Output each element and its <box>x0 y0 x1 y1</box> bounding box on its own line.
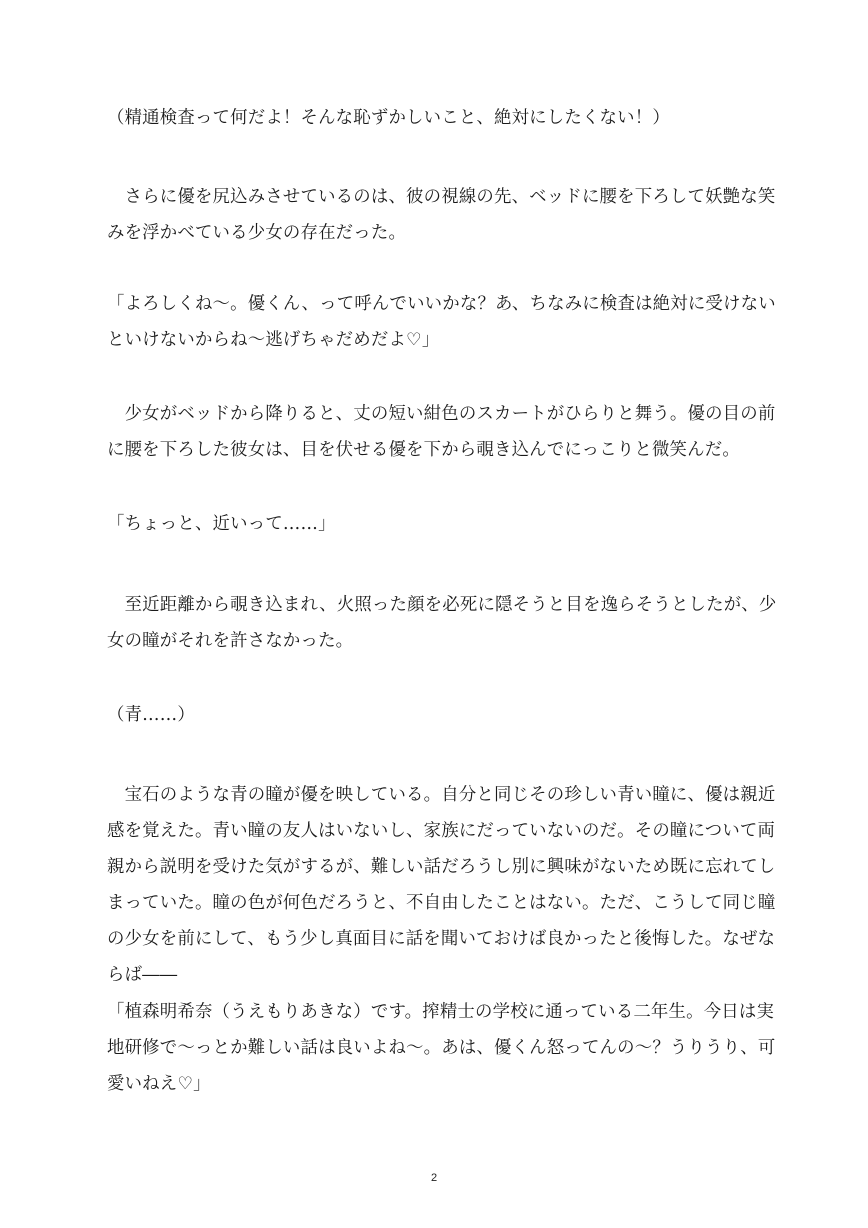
paragraph-5-line-1: 「ちょっと、近いって……」 <box>107 513 772 535</box>
paragraph-9-line-1: 「植森明希奈（うえもりあきな）です。搾精士の学校に通っている二年生。今日は実 <box>107 1001 772 1023</box>
paragraph-6-line-2: 女の瞳がそれを許さなかった。 <box>107 630 772 652</box>
paragraph-9-line-2: 地研修で～っとか難しい話は良いよね～。あは、優くん怒ってんの～？うりうり、可 <box>107 1037 772 1059</box>
paragraph-2-line-1: さらに優を尻込みさせているのは、彼の視線の先、ベッドに腰を下ろして妖艶な笑 <box>107 186 772 208</box>
paragraph-4-line-2: に腰を下ろした彼女は、目を伏せる優を下から覗き込んでにっこりと微笑んだ。 <box>107 439 772 461</box>
paragraph-7-line-1: （青……） <box>107 704 772 726</box>
page-number: 2 <box>0 1172 868 1184</box>
paragraph-8-line-2: 感を覚えた。青い瞳の友人はいないし、家族にだっていないのだ。その瞳について両 <box>107 820 772 842</box>
paragraph-8-line-4: まっていた。瞳の色が何色だろうと、不自由したことはない。ただ、こうして同じ瞳 <box>107 892 772 914</box>
paragraph-8-line-6: らば―― <box>107 964 772 986</box>
paragraph-4-line-1: 少女がベッドから降りると、丈の短い紺色のスカートがひらりと舞う。優の目の前 <box>107 403 772 425</box>
paragraph-8-line-1: 宝石のような青の瞳が優を映している。自分と同じその珍しい青い瞳に、優は親近 <box>107 784 772 806</box>
paragraph-6-line-1: 至近距離から覗き込まれ、火照った顔を必死に隠そうと目を逸らそうとしたが、少 <box>107 594 772 616</box>
paragraph-2-line-2: みを浮かべている少女の存在だった。 <box>107 222 772 244</box>
document-page: （精通検査って何だよ！そんな恥ずかしいこと、絶対にしたくない！） さらに優を尻込… <box>0 0 868 1228</box>
paragraph-9-line-3: 愛いねえ♡」 <box>107 1073 772 1095</box>
paragraph-1-line-1: （精通検査って何だよ！そんな恥ずかしいこと、絶対にしたくない！） <box>107 107 772 129</box>
paragraph-3-line-1: 「よろしくね～。優くん、って呼んでいいかな？あ、ちなみに検査は絶対に受けない <box>107 293 772 315</box>
paragraph-8-line-5: の少女を前にして、もう少し真面目に話を聞いておけば良かったと後悔した。なぜな <box>107 928 772 950</box>
paragraph-8-line-3: 親から説明を受けた気がするが、難しい話だろうし別に興味がないため既に忘れてし <box>107 856 772 878</box>
paragraph-3-line-2: といけないからね～逃げちゃだめだよ♡」 <box>107 329 772 351</box>
